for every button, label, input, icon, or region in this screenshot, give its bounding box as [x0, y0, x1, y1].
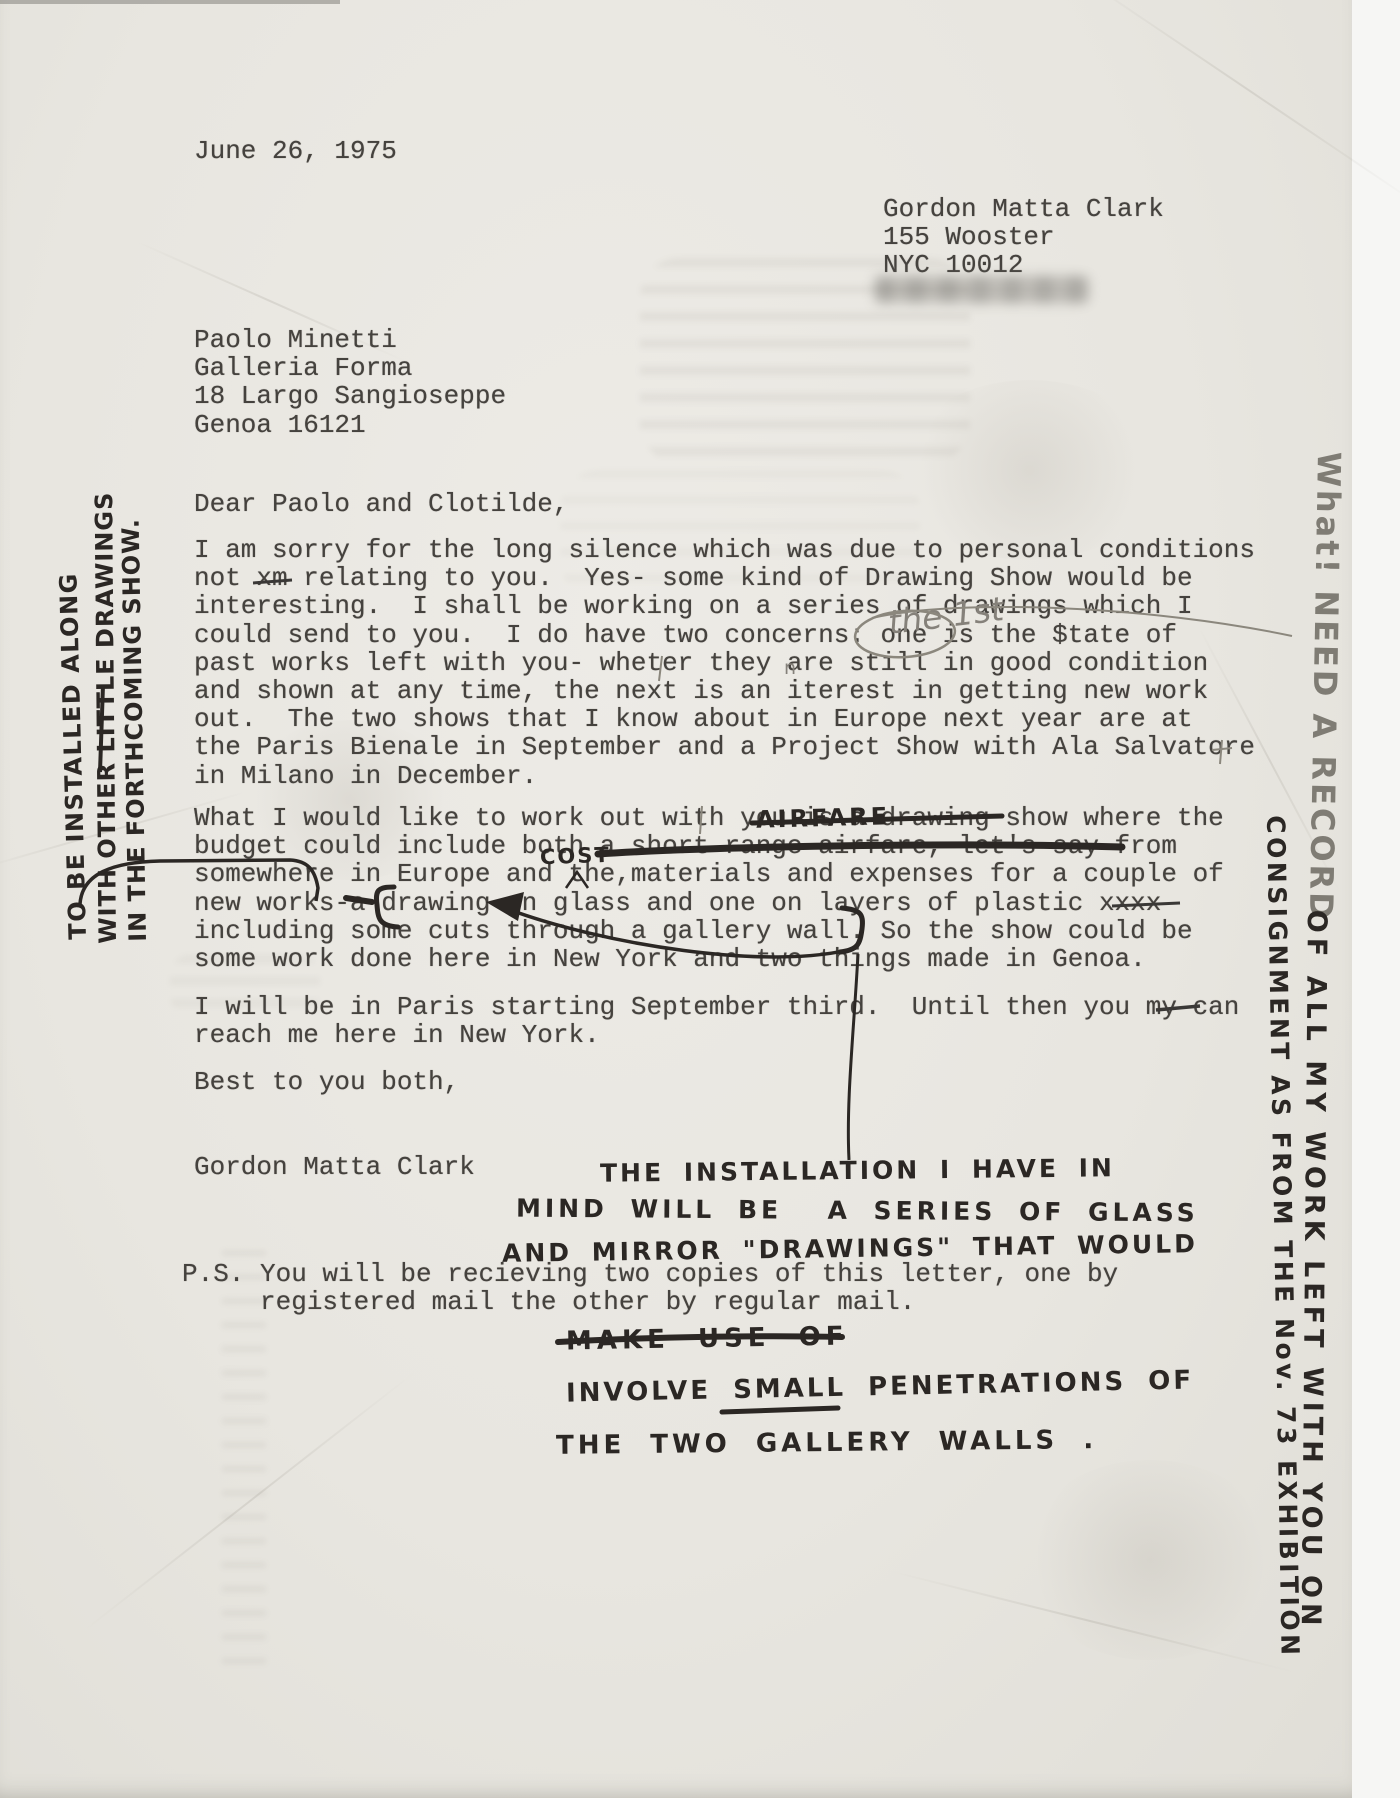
salutation: Dear Paolo and Clotilde, — [194, 490, 568, 518]
bottom-note-line2: THE TWO GALLERY WALLS . — [556, 1425, 1097, 1461]
postscript: P.S. You will be recieving two copies of… — [182, 1260, 1118, 1316]
marker-word-cost: COST — [540, 843, 612, 869]
bottom-note-struck: MAKE USE OF — [566, 1322, 849, 1357]
paragraph-2: What I would like to work out with you i… — [194, 804, 1224, 973]
paragraph-1: I am sorry for the long silence which wa… — [194, 536, 1255, 790]
scan-edge-artifact — [0, 0, 340, 4]
paragraph-3: I will be in Paris starting September th… — [194, 993, 1239, 1049]
signature-name: Gordon Matta Clark — [194, 1153, 475, 1181]
pencil-inserted-n: n — [784, 657, 796, 679]
scanner-background — [1352, 0, 1400, 1798]
marker-word-airfare: AIRFARE — [756, 802, 891, 834]
scanned-letter-page: June 26, 1975 Gordon Matta Clark 155 Woo… — [0, 0, 1400, 1798]
date-line: June 26, 1975 — [194, 137, 397, 165]
closing-line: Best to you both, — [194, 1068, 459, 1096]
recipient-address: Paolo Minetti Galleria Forma 18 Largo Sa… — [194, 326, 506, 439]
sender-address: Gordon Matta Clark 155 Wooster NYC 10012 — [883, 195, 1164, 280]
center-note-line2: MIND WILL BE A SERIES OF GLASS — [516, 1194, 1199, 1228]
center-note-line1: THE INSTALLATION I HAVE IN — [600, 1153, 1115, 1187]
